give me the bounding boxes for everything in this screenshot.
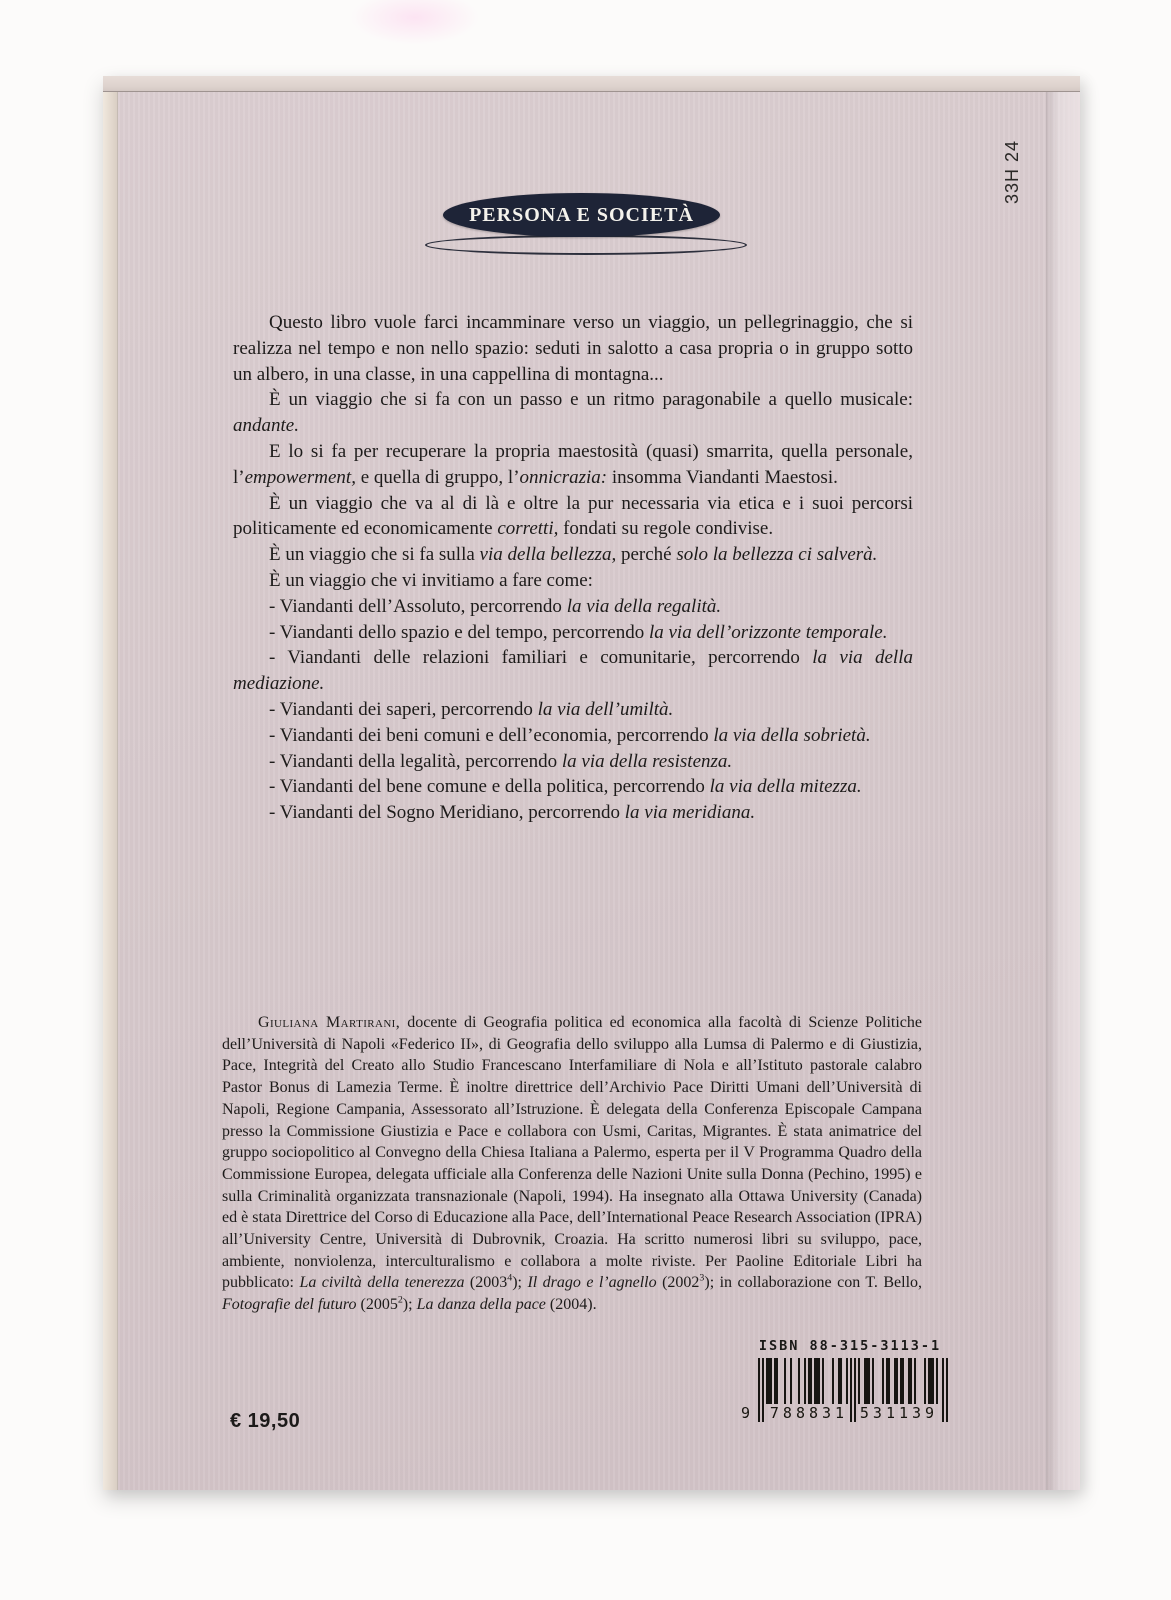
photo-background: 33H 24 PERSONA E SOCIETÀ Questo libro vu… [0,0,1171,1600]
synopsis-paragraph: È un viaggio che si fa sulla via della b… [233,542,913,568]
bio-segment: ); [403,1296,417,1313]
series-badge: PERSONA E SOCIETÀ [443,193,720,237]
synopsis-segment: la via della resistenza. [562,751,732,772]
bio-segment: (2002 [657,1274,700,1291]
synopsis-segment: - Viandanti dei saperi, percorrendo [269,699,538,720]
synopsis-segment: perché [616,544,676,565]
barcode-bar [882,1358,884,1404]
barcode-bar [808,1358,812,1404]
barcode-bar [894,1358,898,1404]
synopsis-segment: - Viandanti del Sogno Meridiano, percorr… [269,802,625,823]
synopsis-paragraph: - Viandanti dei saperi, percorrendo la v… [233,697,913,723]
synopsis-segment: la via dell’orizzonte temporale. [649,622,888,643]
author-bio: Giuliana Martirani, docente di Geografia… [222,1012,922,1316]
bio-segment: Il drago e l’agnello [527,1274,656,1291]
bio-segment: ); [512,1274,527,1291]
barcode-bar [774,1358,778,1404]
barcode-bar [924,1358,926,1404]
barcode-bar [872,1358,874,1404]
barcode-bar [846,1358,848,1404]
barcode-bar [928,1358,934,1404]
synopsis-paragraph: - Viandanti della legalità, percorrendo … [233,749,913,775]
barcode-bar [814,1358,820,1404]
synopsis-paragraph: È un viaggio che si fa con un passo e un… [233,387,913,439]
synopsis-paragraph: - Viandanti del Sogno Meridiano, percorr… [233,800,913,826]
synopsis-segment: - Viandanti dello spazio e del tempo, pe… [269,622,649,643]
barcode-bar [854,1358,856,1422]
barcode-bar [886,1358,890,1404]
spine-code-label: 33H 24 [1002,122,1026,222]
synopsis-paragraph: - Viandanti del bene comune e della poli… [233,774,913,800]
synopsis-segment: empowerment, [245,467,356,488]
synopsis-paragraph: - Viandanti dei beni comuni e dell’econo… [233,723,913,749]
isbn-block: ISBN 88-315-3113-1 9 788831 531139 [752,1338,952,1354]
bio-segment: La danza della pace [417,1296,546,1313]
synopsis-segment: la via della mitezza. [710,776,862,797]
bio-segment: docente di Geografia politica ed economi… [222,1014,922,1291]
photo-artifact [350,0,480,45]
barcode-bar [850,1358,852,1422]
series-badge-ellipse [425,235,747,255]
synopsis-paragraph: È un viaggio che va al di là e oltre la … [233,491,913,543]
synopsis-segment: - Viandanti del bene comune e della poli… [269,776,710,797]
barcode-bar [946,1358,948,1422]
book-page-edge [103,92,118,1490]
synopsis-segment: - Viandanti dei beni comuni e dell’econo… [269,725,713,746]
synopsis-segment: Questo libro vuole farci incamminare ver… [233,312,913,385]
bio-segment: (2005 [357,1296,398,1313]
synopsis-segment: - Viandanti dell’Assoluto, percorrendo [269,596,567,617]
synopsis-segment: e quella di gruppo, l’ [356,467,520,488]
barcode-bar [936,1358,938,1404]
synopsis-segment: fondati su regole condivise. [558,518,773,539]
synopsis-segment: la via dell’umiltà. [538,699,674,720]
barcode-bar [762,1358,764,1422]
barcode-digits-left: 788831 [768,1404,850,1422]
synopsis-segment: la via della sobrietà. [713,725,870,746]
barcode-bar [790,1358,792,1404]
barcode-bar [766,1358,772,1404]
synopsis-segment: solo la bellezza ci salverà. [676,544,877,565]
barcode-bar [832,1358,834,1404]
synopsis-segment: onnicrazia: [520,467,608,488]
synopsis-segment: insomma Viandanti Maestosi. [607,467,838,488]
synopsis-segment: andante. [233,415,299,436]
bio-segment: Fotografie del futuro [222,1296,357,1313]
barcode-bar [804,1358,806,1404]
synopsis-segment: la via della regalità. [567,596,721,617]
barcode-bar [864,1358,870,1404]
barcode-digits-right: 531139 [858,1404,940,1422]
synopsis-segment: - Viandanti delle relazioni familiari e … [269,647,812,668]
barcode-bar [838,1358,842,1404]
synopsis-segment: corretti, [497,518,558,539]
synopsis-segment: via della bellezza, [480,544,617,565]
bio-segment: (2004). [546,1296,597,1313]
synopsis-segment: È un viaggio che si fa con un passo e un… [269,389,913,410]
synopsis-segment: È un viaggio che vi invitiamo a fare com… [269,570,593,591]
price-label: € 19,50 [230,1410,300,1433]
synopsis-segment: la via meridiana. [625,802,755,823]
barcode-bar [900,1358,904,1404]
synopsis-paragraph: È un viaggio che vi invitiamo a fare com… [233,568,913,594]
cover-surface: 33H 24 PERSONA E SOCIETÀ Questo libro vu… [118,92,1080,1490]
synopsis-paragraph: - Viandanti delle relazioni familiari e … [233,645,913,697]
isbn-label: ISBN 88-315-3113-1 [752,1338,948,1354]
synopsis-paragraph: Questo libro vuole farci incamminare ver… [233,310,913,387]
book-top-edge [103,76,1080,92]
barcode: 9 788831 531139 [758,1358,948,1432]
barcode-digit-first: 9 [741,1404,750,1422]
synopsis-segment: - Viandanti della legalità, percorrendo [269,751,562,772]
barcode-bar [858,1358,860,1404]
synopsis: Questo libro vuole farci incamminare ver… [233,310,913,826]
synopsis-paragraph: - Viandanti dello spazio e del tempo, pe… [233,620,913,646]
barcode-bar [758,1358,760,1422]
barcode-bar [784,1358,786,1404]
synopsis-segment: È un viaggio che si fa sulla [269,544,480,565]
synopsis-paragraph: - Viandanti dell’Assoluto, percorrendo l… [233,594,913,620]
barcode-bar [908,1358,912,1404]
bio-segment: (2003 [464,1274,507,1291]
barcode-bar [798,1358,800,1404]
barcode-bar [914,1358,916,1404]
book-spine-highlight [1046,92,1080,1490]
book-back-cover: 33H 24 PERSONA E SOCIETÀ Questo libro vu… [103,76,1080,1490]
bio-segment: Giuliana Martirani, [258,1014,400,1031]
barcode-bar [942,1358,944,1422]
barcode-bar [822,1358,824,1404]
series-badge-label: PERSONA E SOCIETÀ [469,204,694,227]
synopsis-paragraph: E lo si fa per recuperare la propria mae… [233,439,913,491]
bio-segment: ); in collaborazione con T. Bello, [704,1274,922,1291]
bio-segment: La civiltà della tenerezza [299,1274,464,1291]
